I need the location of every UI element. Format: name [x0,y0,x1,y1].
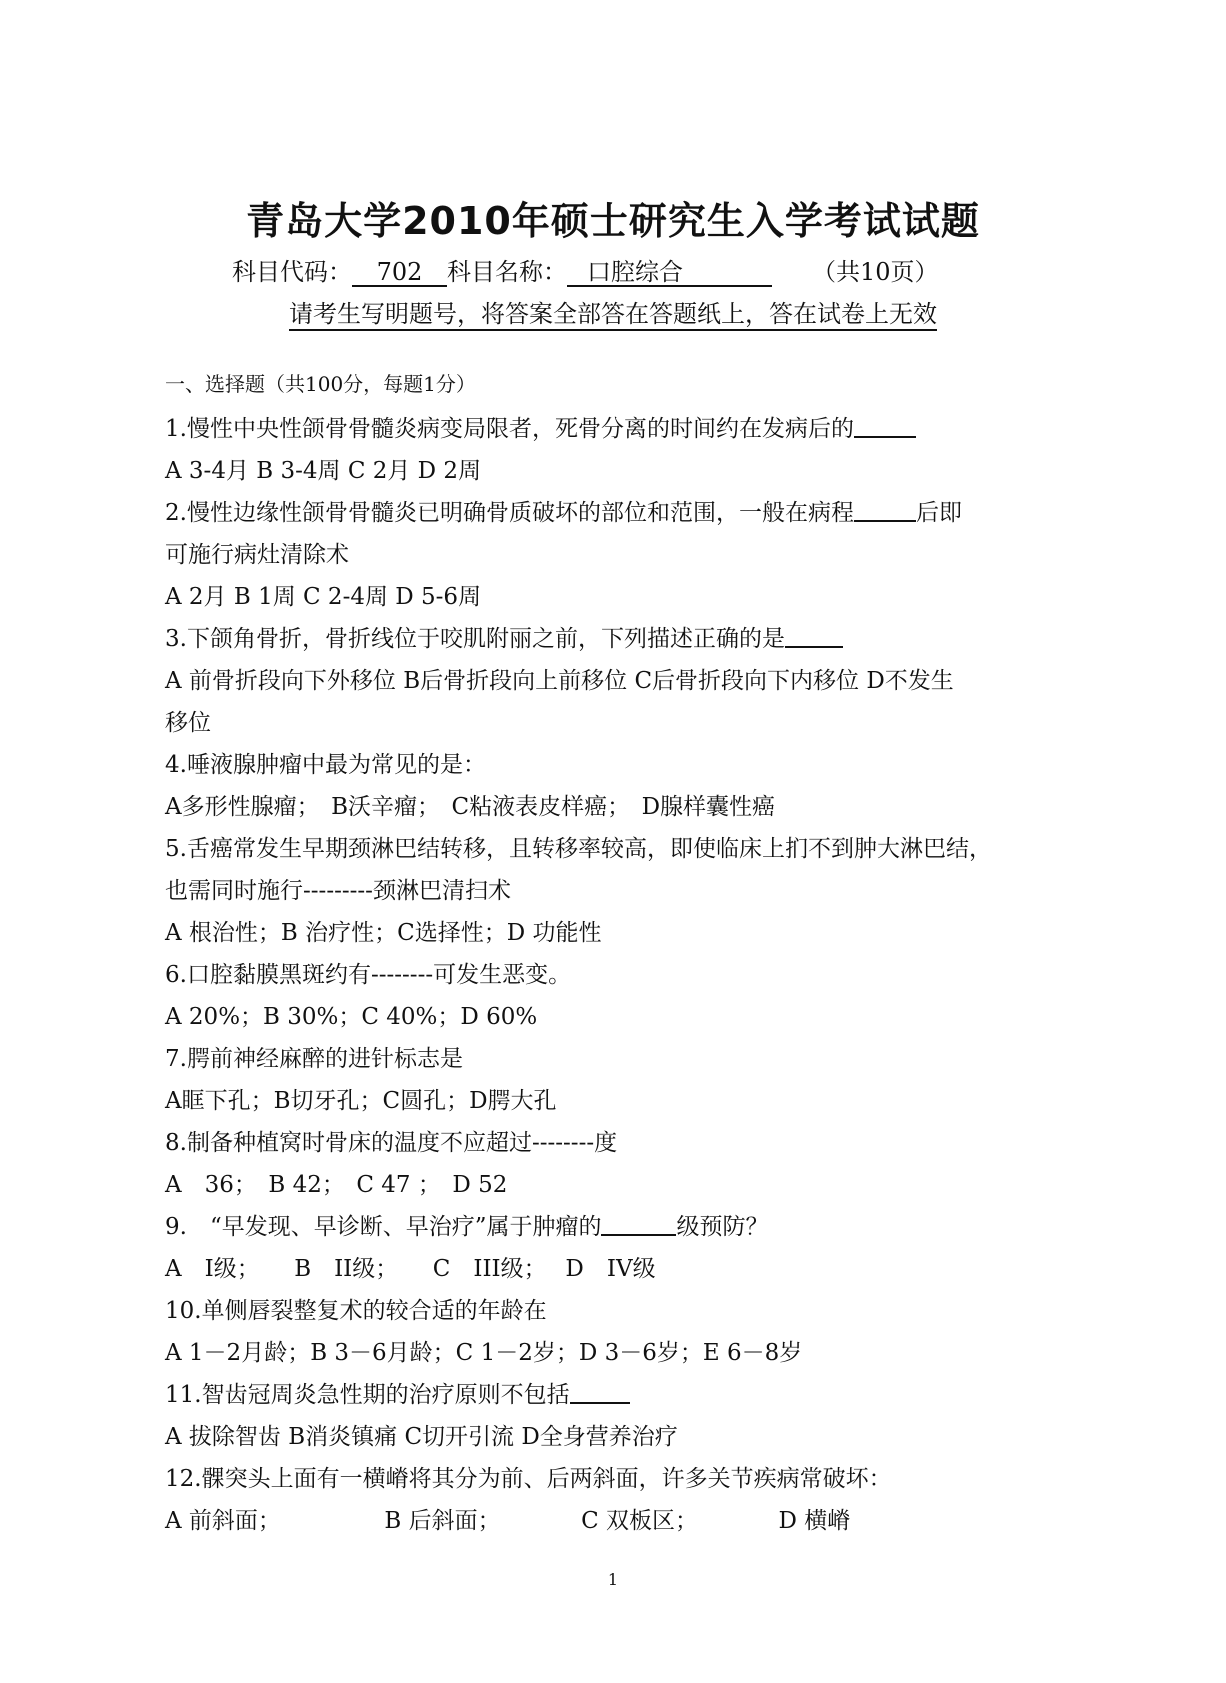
question-stem: 11.智齿冠周炎急性期的治疗原则不包括 [165,1374,1065,1416]
subject-meta: 科目代码：702科目名称：口腔综合（共10页） [232,252,939,287]
question-stem: 5.舌癌常发生早期颈淋巴结转移，且转移率较高，即使临床上扪不到肿大淋巴结， [165,828,1065,870]
question-options-cont: 移位 [165,702,1065,744]
question-stem: 9. “早发现、早诊断、早治疗”属于肿瘤的级预防？ [165,1206,1065,1248]
question-stem: 10.单侧唇裂整复术的较合适的年龄在 [165,1290,1065,1332]
question-stem: 8.制备种植窝时骨床的温度不应超过--------度 [165,1122,1065,1164]
question-stem: 1.慢性中央性颌骨骨髓炎病变局限者，死骨分离的时间约在发病后的 [165,408,1065,450]
answer-blank [854,412,916,438]
subject-code-label: 科目代码： [232,258,352,286]
question-options: A 1－2月龄；B 3－6月龄；C 1－2岁；D 3－6岁；E 6－8岁 [165,1332,1065,1374]
question-stem: 7.腭前神经麻醉的进针标志是 [165,1038,1065,1080]
subject-name: 口腔综合 [567,259,772,287]
question-options: A 2月 B 1周 C 2-4周 D 5-6周 [165,576,1065,618]
question-stem-cont: 也需同时施行---------颈淋巴清扫术 [165,870,1065,912]
question-options: A I级； B II级； C III级； D IV级 [165,1248,1065,1290]
answer-blank [601,1210,676,1236]
section-title: 一、选择题（共100分，每题1分） [165,368,1065,398]
subject-name-label: 科目名称： [447,258,567,286]
subject-code: 702 [352,259,447,287]
question-options: A 根治性；B 治疗性；C选择性；D 功能性 [165,912,1065,954]
question-stem: 6.口腔黏膜黑斑约有--------可发生恶变。 [165,954,1065,996]
page-number: 1 [0,1570,1226,1589]
answer-blank [570,1378,630,1404]
question-stem-cont: 可施行病灶清除术 [165,534,1065,576]
question-options: A 拔除智齿 B消炎镇痛 C切开引流 D全身营养治疗 [165,1416,1065,1458]
question-options: A多形性腺瘤； B沃辛瘤； C粘液表皮样癌； D腺样囊性癌 [165,786,1065,828]
question-stem: 4.唾液腺肿瘤中最为常见的是： [165,744,1065,786]
question-options: A 36； B 42； C 47 ； D 52 [165,1164,1065,1206]
question-options: A 前骨折段向下外移位 B后骨折段向上前移位 C后骨折段向下内移位 D不发生 [165,660,1065,702]
question-options: A眶下孔；B切牙孔；C圆孔；D腭大孔 [165,1080,1065,1122]
answer-blank [785,622,843,648]
page-count: （共10页） [812,258,939,286]
question-options: A 3-4月 B 3-4周 C 2月 D 2周 [165,450,1065,492]
question-options: A 前斜面； B 后斜面； C 双板区； D 横嵴 [165,1500,1065,1542]
question-list: 一、选择题（共100分，每题1分） 1.慢性中央性颌骨骨髓炎病变局限者，死骨分离… [165,368,1065,1542]
exam-title: 青岛大学2010年硕士研究生入学考试试题 [0,190,1226,245]
question-stem: 2.慢性边缘性颌骨骨髓炎已明确骨质破坏的部位和范围，一般在病程后即 [165,492,1065,534]
question-stem: 12.髁突头上面有一横嵴将其分为前、后两斜面，许多关节疾病常破坏： [165,1458,1065,1500]
exam-notice: 请考生写明题号，将答案全部答在答题纸上，答在试卷上无效 [0,294,1226,329]
answer-blank [854,496,916,522]
question-stem: 3.下颌角骨折，骨折线位于咬肌附丽之前，下列描述正确的是 [165,618,1065,660]
question-options: A 20%；B 30%；C 40%；D 60% [165,996,1065,1038]
